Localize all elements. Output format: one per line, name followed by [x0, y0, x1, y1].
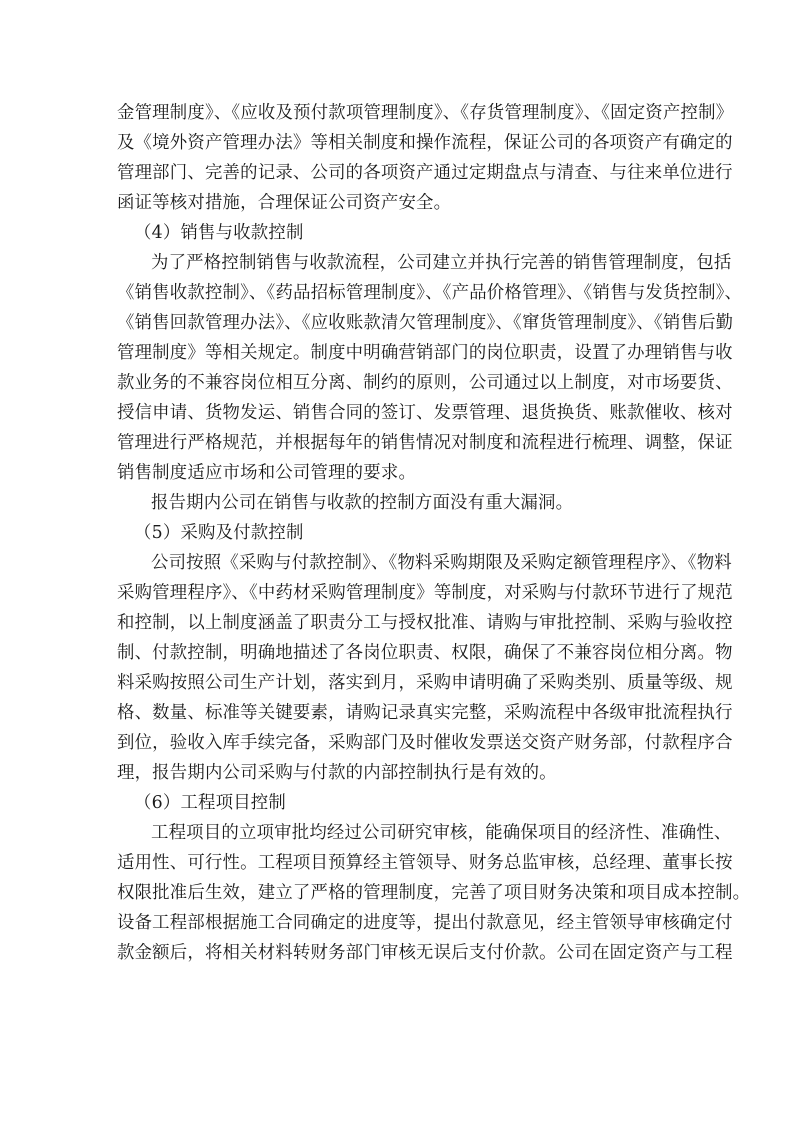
text-line: 款业务的不兼容岗位相互分离、制约的原则，公司通过以上制度，对市场要货、 [117, 368, 675, 398]
text-line: 报告期内公司在销售与收款的控制方面没有重大漏洞。 [117, 488, 675, 518]
text-line: 款金额后，将相关材料转财务部门审核无误后支付价款。公司在固定资产与工程 [117, 938, 675, 968]
text-line: 授信申请、货物发运、销售合同的签订、发票管理、退货换货、账款催收、核对 [117, 398, 675, 428]
paragraph-engineering-project-control: 工程项目的立项审批均经过公司研究审核，能确保项目的经济性、准确性、 适用性、可行… [117, 818, 675, 968]
section-heading-procurement-payment: （5）采购及付款控制 [117, 518, 675, 548]
text-line: 格、数量、标准等关键要素，请购记录真实完整，采购流程中各级审批流程执行 [117, 698, 675, 728]
paragraph-sales-conclusion: 报告期内公司在销售与收款的控制方面没有重大漏洞。 [117, 488, 675, 518]
text-line: 和控制，以上制度涵盖了职责分工与授权批准、请购与审批控制、采购与验收控 [117, 608, 675, 638]
document-page: 金管理制度》、《应收及预付款项管理制度》、《存货管理制度》、《固定资产控制》 及… [117, 98, 675, 968]
paragraph-sales-control: 为了严格控制销售与收款流程，公司建立并执行完善的销售管理制度，包括 《销售收款控… [117, 248, 675, 488]
text-line: 销售制度适应市场和公司管理的要求。 [117, 458, 675, 488]
text-line: 为了严格控制销售与收款流程，公司建立并执行完善的销售管理制度，包括 [117, 248, 675, 278]
text-line: 适用性、可行性。工程项目预算经主管领导、财务总监审核，总经理、董事长按 [117, 848, 675, 878]
text-line: 《销售回款管理办法》、《应收账款清欠管理制度》、《窜货管理制度》、《销售后勤 [117, 308, 675, 338]
text-line: 采购管理程序》、《中药材采购管理制度》等制度，对采购与付款环节进行了规范 [117, 578, 675, 608]
heading-text: （4）销售与收款控制 [117, 218, 675, 248]
heading-text: （5）采购及付款控制 [117, 518, 675, 548]
text-line: 设备工程部根据施工合同确定的进度等，提出付款意见，经主管领导审核确定付 [117, 908, 675, 938]
text-line: 理，报告期内公司采购与付款的内部控制执行是有效的。 [117, 758, 675, 788]
text-line: 《销售收款控制》、《药品招标管理制度》、《产品价格管理》、《销售与发货控制》、 [117, 278, 675, 308]
text-line: 公司按照《采购与付款控制》、《物料采购期限及采购定额管理程序》、《物料 [117, 548, 675, 578]
section-heading-engineering-project: （6）工程项目控制 [117, 788, 675, 818]
text-line: 管理制度》等相关规定。制度中明确营销部门的岗位职责，设置了办理销售与收 [117, 338, 675, 368]
heading-text: （6）工程项目控制 [117, 788, 675, 818]
text-line: 权限批准后生效，建立了严格的管理制度，完善了项目财务决策和项目成本控制。 [117, 878, 675, 908]
text-line: 工程项目的立项审批均经过公司研究审核，能确保项目的经济性、准确性、 [117, 818, 675, 848]
paragraph-procurement-control: 公司按照《采购与付款控制》、《物料采购期限及采购定额管理程序》、《物料 采购管理… [117, 548, 675, 788]
text-line: 制、付款控制，明确地描述了各岗位职责、权限，确保了不兼容岗位相分离。物 [117, 638, 675, 668]
text-line: 料采购按照公司生产计划，落实到月，采购申请明确了采购类别、质量等级、规 [117, 668, 675, 698]
text-line: 到位，验收入库手续完备，采购部门及时催收发票送交资产财务部，付款程序合 [117, 728, 675, 758]
paragraph-asset-control-continuation: 金管理制度》、《应收及预付款项管理制度》、《存货管理制度》、《固定资产控制》 及… [117, 98, 675, 218]
text-line: 及《境外资产管理办法》等相关制度和操作流程，保证公司的各项资产有确定的 [117, 128, 675, 158]
text-line: 金管理制度》、《应收及预付款项管理制度》、《存货管理制度》、《固定资产控制》 [117, 98, 675, 128]
text-line: 函证等核对措施，合理保证公司资产安全。 [117, 188, 675, 218]
section-heading-sales-collection: （4）销售与收款控制 [117, 218, 675, 248]
text-line: 管理部门、完善的记录、公司的各项资产通过定期盘点与清查、与往来单位进行 [117, 158, 675, 188]
text-line: 管理进行严格规范，并根据每年的销售情况对制度和流程进行梳理、调整，保证 [117, 428, 675, 458]
